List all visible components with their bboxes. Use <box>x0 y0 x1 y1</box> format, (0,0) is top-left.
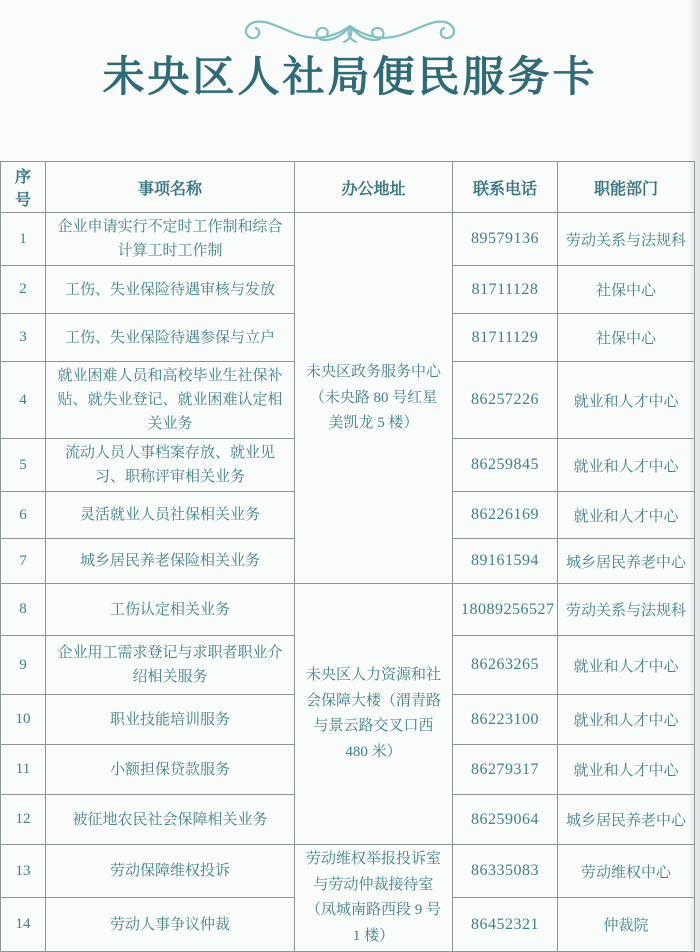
contact-phone-cell: 18089256527 <box>453 584 558 636</box>
contact-phone-cell: 86259064 <box>453 795 558 845</box>
serial-number-cell: 8 <box>1 584 46 636</box>
department-cell: 就业和人才中心 <box>558 439 695 492</box>
department-cell: 就业和人才中心 <box>558 636 695 695</box>
item-name-cell: 工伤、失业保险待遇审核与发放 <box>46 266 295 314</box>
flourish-divider-icon <box>225 6 475 52</box>
office-address-cell: 未央区人力资源和社会保障大楼（渭青路与景云路交叉口西 480 米） <box>295 584 453 845</box>
serial-number-cell: 4 <box>1 362 46 439</box>
department-cell: 就业和人才中心 <box>558 695 695 745</box>
header-contact-phone: 联系电话 <box>453 162 558 213</box>
item-name-cell: 就业困难人员和高校毕业生社保补贴、就失业登记、就业困难认定相关业务 <box>46 362 295 439</box>
item-name-cell: 企业用工需求登记与求职者职业介绍相关服务 <box>46 636 295 695</box>
department-cell: 劳动维权中心 <box>558 845 695 897</box>
department-cell: 城乡居民养老中心 <box>558 795 695 845</box>
service-table: 序号 事项名称 办公地址 联系电话 职能部门 1企业申请实行不定时工作制和综合计… <box>0 161 695 952</box>
table-row: 1企业申请实行不定时工作制和综合计算工时工作制未央区政务服务中心（未央路 80 … <box>1 213 695 266</box>
department-cell: 城乡居民养老中心 <box>558 539 695 584</box>
item-name-cell: 劳动保障维权投诉 <box>46 845 295 897</box>
contact-phone-cell: 81711128 <box>453 266 558 314</box>
table-row: 8工伤认定相关业务未央区人力资源和社会保障大楼（渭青路与景云路交叉口西 480 … <box>1 584 695 636</box>
item-name-cell: 企业申请实行不定时工作制和综合计算工时工作制 <box>46 213 295 266</box>
department-cell: 仲裁院 <box>558 897 695 952</box>
serial-number-cell: 6 <box>1 492 46 539</box>
department-cell: 就业和人才中心 <box>558 492 695 539</box>
service-table-body: 1企业申请实行不定时工作制和综合计算工时工作制未央区政务服务中心（未央路 80 … <box>1 213 695 952</box>
serial-number-cell: 13 <box>1 845 46 897</box>
contact-phone-cell: 86279317 <box>453 745 558 795</box>
item-name-cell: 灵活就业人员社保相关业务 <box>46 492 295 539</box>
office-address-cell: 未央区政务服务中心（未央路 80 号红星美凯龙 5 楼） <box>295 213 453 584</box>
contact-phone-cell: 86259845 <box>453 439 558 492</box>
table-row: 13劳动保障维权投诉劳动维权举报投诉室与劳动仲裁接待室（凤城南路西段 9 号 1… <box>1 845 695 897</box>
office-address-cell: 劳动维权举报投诉室与劳动仲裁接待室（凤城南路西段 9 号 1 楼） <box>295 845 453 952</box>
header-serial-number: 序号 <box>1 162 46 213</box>
contact-phone-cell: 86226169 <box>453 492 558 539</box>
serial-number-cell: 11 <box>1 745 46 795</box>
item-name-cell: 职业技能培训服务 <box>46 695 295 745</box>
serial-number-cell: 7 <box>1 539 46 584</box>
contact-phone-cell: 89161594 <box>453 539 558 584</box>
contact-phone-cell: 86263265 <box>453 636 558 695</box>
serial-number-cell: 5 <box>1 439 46 492</box>
header-row: 序号 事项名称 办公地址 联系电话 职能部门 <box>1 162 695 213</box>
table-header: 序号 事项名称 办公地址 联系电话 职能部门 <box>1 162 695 213</box>
serial-number-cell: 10 <box>1 695 46 745</box>
serial-number-cell: 2 <box>1 266 46 314</box>
department-cell: 劳动关系与法规科 <box>558 213 695 266</box>
item-name-cell: 被征地农民社会保障相关业务 <box>46 795 295 845</box>
serial-number-cell: 9 <box>1 636 46 695</box>
contact-phone-cell: 89579136 <box>453 213 558 266</box>
department-cell: 社保中心 <box>558 266 695 314</box>
header-department: 职能部门 <box>558 162 695 213</box>
header-item-name: 事项名称 <box>46 162 295 213</box>
flourish-ornament <box>0 0 700 52</box>
item-name-cell: 工伤认定相关业务 <box>46 584 295 636</box>
department-cell: 劳动关系与法规科 <box>558 584 695 636</box>
item-name-cell: 工伤、失业保险待遇参保与立户 <box>46 314 295 362</box>
contact-phone-cell: 86335083 <box>453 845 558 897</box>
department-cell: 就业和人才中心 <box>558 745 695 795</box>
contact-phone-cell: 86223100 <box>453 695 558 745</box>
page-title: 未央区人社局便民服务卡 <box>0 54 700 102</box>
item-name-cell: 劳动人事争议仲裁 <box>46 897 295 952</box>
contact-phone-cell: 81711129 <box>453 314 558 362</box>
item-name-cell: 城乡居民养老保险相关业务 <box>46 539 295 584</box>
department-cell: 就业和人才中心 <box>558 362 695 439</box>
contact-phone-cell: 86452321 <box>453 897 558 952</box>
contact-phone-cell: 86257226 <box>453 362 558 439</box>
serial-number-cell: 12 <box>1 795 46 845</box>
header-office-address: 办公地址 <box>295 162 453 213</box>
department-cell: 社保中心 <box>558 314 695 362</box>
serial-number-cell: 1 <box>1 213 46 266</box>
item-name-cell: 小额担保贷款服务 <box>46 745 295 795</box>
item-name-cell: 流动人员人事档案存放、就业见习、职称评审相关业务 <box>46 439 295 492</box>
service-card-page: 未央区人社局便民服务卡 序号 事项名称 办公地址 联系电话 职能部门 1企业申请… <box>0 0 700 952</box>
serial-number-cell: 14 <box>1 897 46 952</box>
serial-number-cell: 3 <box>1 314 46 362</box>
